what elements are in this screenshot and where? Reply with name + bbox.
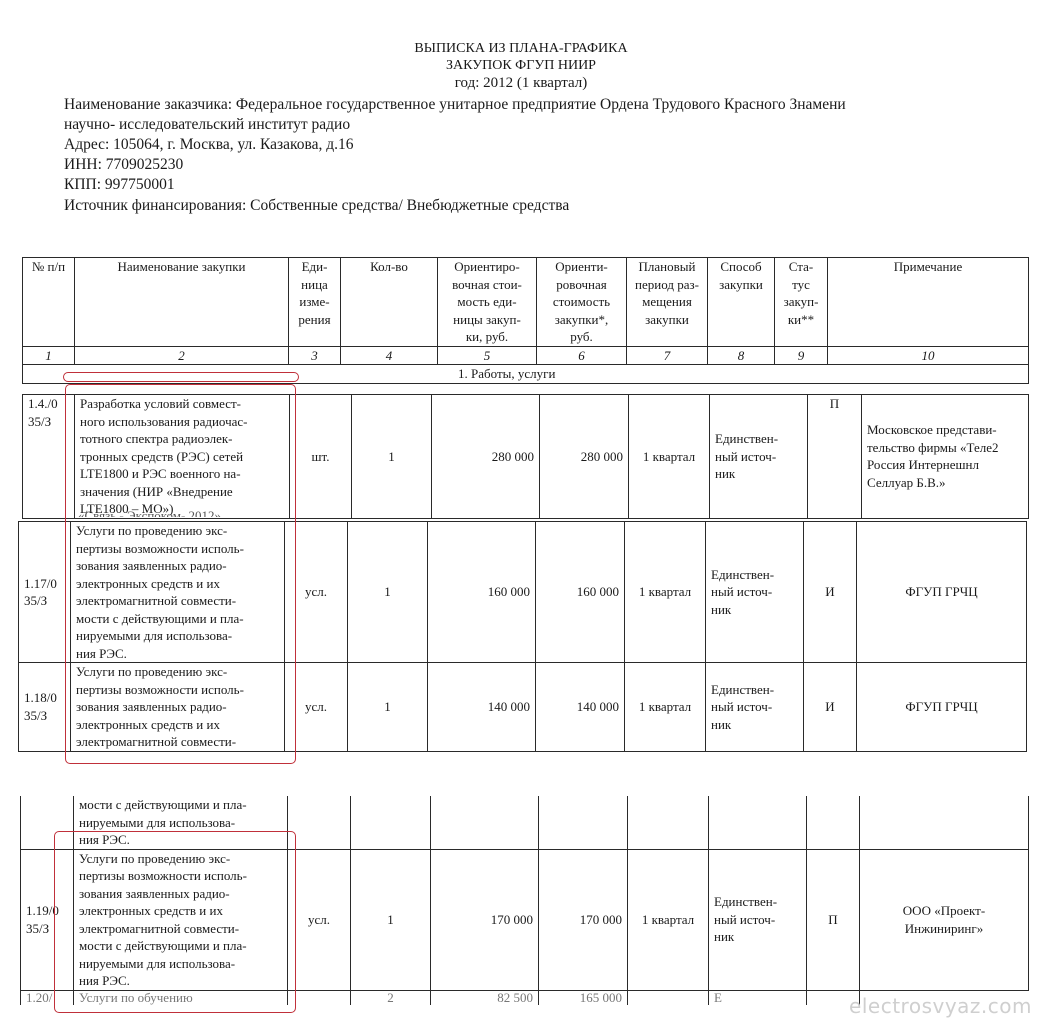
row-total: 165 000: [539, 990, 628, 1005]
row-period: 1 квартал: [628, 849, 709, 990]
carry-over-row: мости с действующими и пла- нируемыми дл…: [21, 796, 1029, 849]
row-number: 1.17/0 35/З: [19, 522, 71, 663]
row-total: 160 000: [536, 522, 625, 663]
column-number-row: 1 2 3 4 5 6 7 8 9 10: [23, 346, 1029, 365]
row-method: Е: [709, 990, 807, 1005]
col-header-period: Плановый период раз- мещения закупки: [627, 258, 708, 347]
watermark: electrosvyaz.com: [849, 994, 1032, 1018]
table-row: 1.17/0 35/З Услуги по проведению экс- пе…: [19, 522, 1027, 663]
row-unit: усл.: [288, 849, 351, 990]
row-note: ФГУП ГРЧЦ: [857, 663, 1027, 752]
row-unit-price: 280 000: [432, 395, 540, 519]
row-method: Единствен- ный источ- ник: [709, 849, 807, 990]
col-num-3: 3: [289, 346, 341, 365]
row-period: 1 квартал: [625, 663, 706, 752]
row-method: Единствен- ный источ- ник: [706, 663, 804, 752]
col-header-name: Наименование закупки: [75, 258, 289, 347]
row-unit-price: 140 000: [428, 663, 536, 752]
customer-name-line-1: Наименование заказчика: Федеральное госу…: [64, 95, 846, 115]
col-header-method: Способ закупки: [708, 258, 775, 347]
table-row: 1.18/0 35/З Услуги по проведению экс- пе…: [19, 663, 1027, 752]
table-row: 1.19/0 35/З Услуги по проведению экс- пе…: [21, 849, 1029, 990]
procurement-continuation: мости с действующими и пла- нируемыми дл…: [20, 796, 1029, 1005]
row-qty: 1: [348, 663, 428, 752]
row-note: Московское представи- тельство фирмы «Те…: [862, 395, 1029, 519]
row-note: ООО «Проект- Инжиниринг»: [860, 849, 1029, 990]
procurement-row-1-4: 1.4./0 35/З Разработка условий совмест- …: [22, 394, 1029, 519]
table-row: 1.4./0 35/З Разработка условий совмест- …: [23, 395, 1029, 519]
row-status: П: [808, 395, 862, 519]
row-name: Разработка условий совмест- ного использ…: [75, 395, 290, 519]
row-status: П: [807, 849, 860, 990]
document-title-line-3: год: 2012 (1 квартал): [0, 75, 1042, 91]
customer-kpp: КПП: 997750001: [64, 175, 175, 195]
row-total: 140 000: [536, 663, 625, 752]
carry-over-text: мости с действующими и пла- нируемыми дл…: [74, 796, 288, 849]
procurement-rows-1-17-1-18: 1.17/0 35/З Услуги по проведению экс- пе…: [18, 521, 1027, 752]
row-name: Услуги по проведению экс- пертизы возмож…: [74, 849, 288, 990]
overlap-residual-text: «Связь - Экспоком- 2012»: [78, 509, 221, 517]
row-qty: 1: [352, 395, 432, 519]
row-qty: 1: [351, 849, 431, 990]
row-method: Единствен- ный источ- ник: [710, 395, 808, 519]
column-header-row: № п/п Наименование закупки Еди- ница изм…: [23, 258, 1029, 347]
row-qty: 1: [348, 522, 428, 663]
row-period: 1 квартал: [629, 395, 710, 519]
row-qty: 2: [351, 990, 431, 1005]
row-unit: шт.: [290, 395, 352, 519]
col-num-4: 4: [341, 346, 438, 365]
col-num-6: 6: [537, 346, 627, 365]
section-title: 1. Работы, услуги: [23, 365, 1029, 384]
row-note: ФГУП ГРЧЦ: [857, 522, 1027, 663]
col-header-unit: Еди- ница изме- рения: [289, 258, 341, 347]
row-unit: усл.: [285, 663, 348, 752]
row-name: Услуги по проведению экс- пертизы возмож…: [71, 522, 285, 663]
row-number: 1.20/: [21, 990, 74, 1005]
document-title-line-2: ЗАКУПОК ФГУП НИИР: [0, 58, 1042, 74]
col-num-7: 7: [627, 346, 708, 365]
row-name: Услуги по обучению: [74, 990, 288, 1005]
row-number: 1.4./0 35/З: [23, 395, 75, 519]
funding-source: Источник финансирования: Собственные сре…: [64, 196, 569, 216]
col-num-8: 8: [708, 346, 775, 365]
row-number: 1.19/0 35/З: [21, 849, 74, 990]
row-status: И: [804, 663, 857, 752]
col-header-status: Ста- тус закуп- ки**: [775, 258, 828, 347]
col-header-total: Ориенти- ровочная стоимость закупки*, ру…: [537, 258, 627, 347]
customer-inn: ИНН: 7709025230: [64, 155, 183, 175]
row-unit-price: 160 000: [428, 522, 536, 663]
row-name: Услуги по проведению экс- пертизы возмож…: [71, 663, 285, 752]
document-title-line-1: ВЫПИСКА ИЗ ПЛАНА-ГРАФИКА: [0, 41, 1042, 57]
row-unit: усл.: [285, 522, 348, 663]
col-header-number: № п/п: [23, 258, 75, 347]
col-header-note: Примечание: [828, 258, 1029, 347]
procurement-table-header: № п/п Наименование закупки Еди- ница изм…: [22, 257, 1029, 384]
col-num-9: 9: [775, 346, 828, 365]
col-num-1: 1: [23, 346, 75, 365]
row-total: 170 000: [539, 849, 628, 990]
col-header-unit-price: Ориентиро- вочная стои- мость еди- ницы …: [438, 258, 537, 347]
customer-address: Адрес: 105064, г. Москва, ул. Казакова, …: [64, 135, 354, 155]
section-row: 1. Работы, услуги: [23, 365, 1029, 384]
row-unit-price: 82 500: [431, 990, 539, 1005]
row-number: 1.18/0 35/З: [19, 663, 71, 752]
col-num-5: 5: [438, 346, 537, 365]
col-num-2: 2: [75, 346, 289, 365]
row-method: Единствен- ный источ- ник: [706, 522, 804, 663]
row-period: 1 квартал: [625, 522, 706, 663]
row-total: 280 000: [540, 395, 629, 519]
row-unit-price: 170 000: [431, 849, 539, 990]
customer-name-line-2: научно- исследовательский институт радио: [64, 115, 350, 135]
row-status: И: [804, 522, 857, 663]
col-num-10: 10: [828, 346, 1029, 365]
col-header-qty: Кол-во: [341, 258, 438, 347]
